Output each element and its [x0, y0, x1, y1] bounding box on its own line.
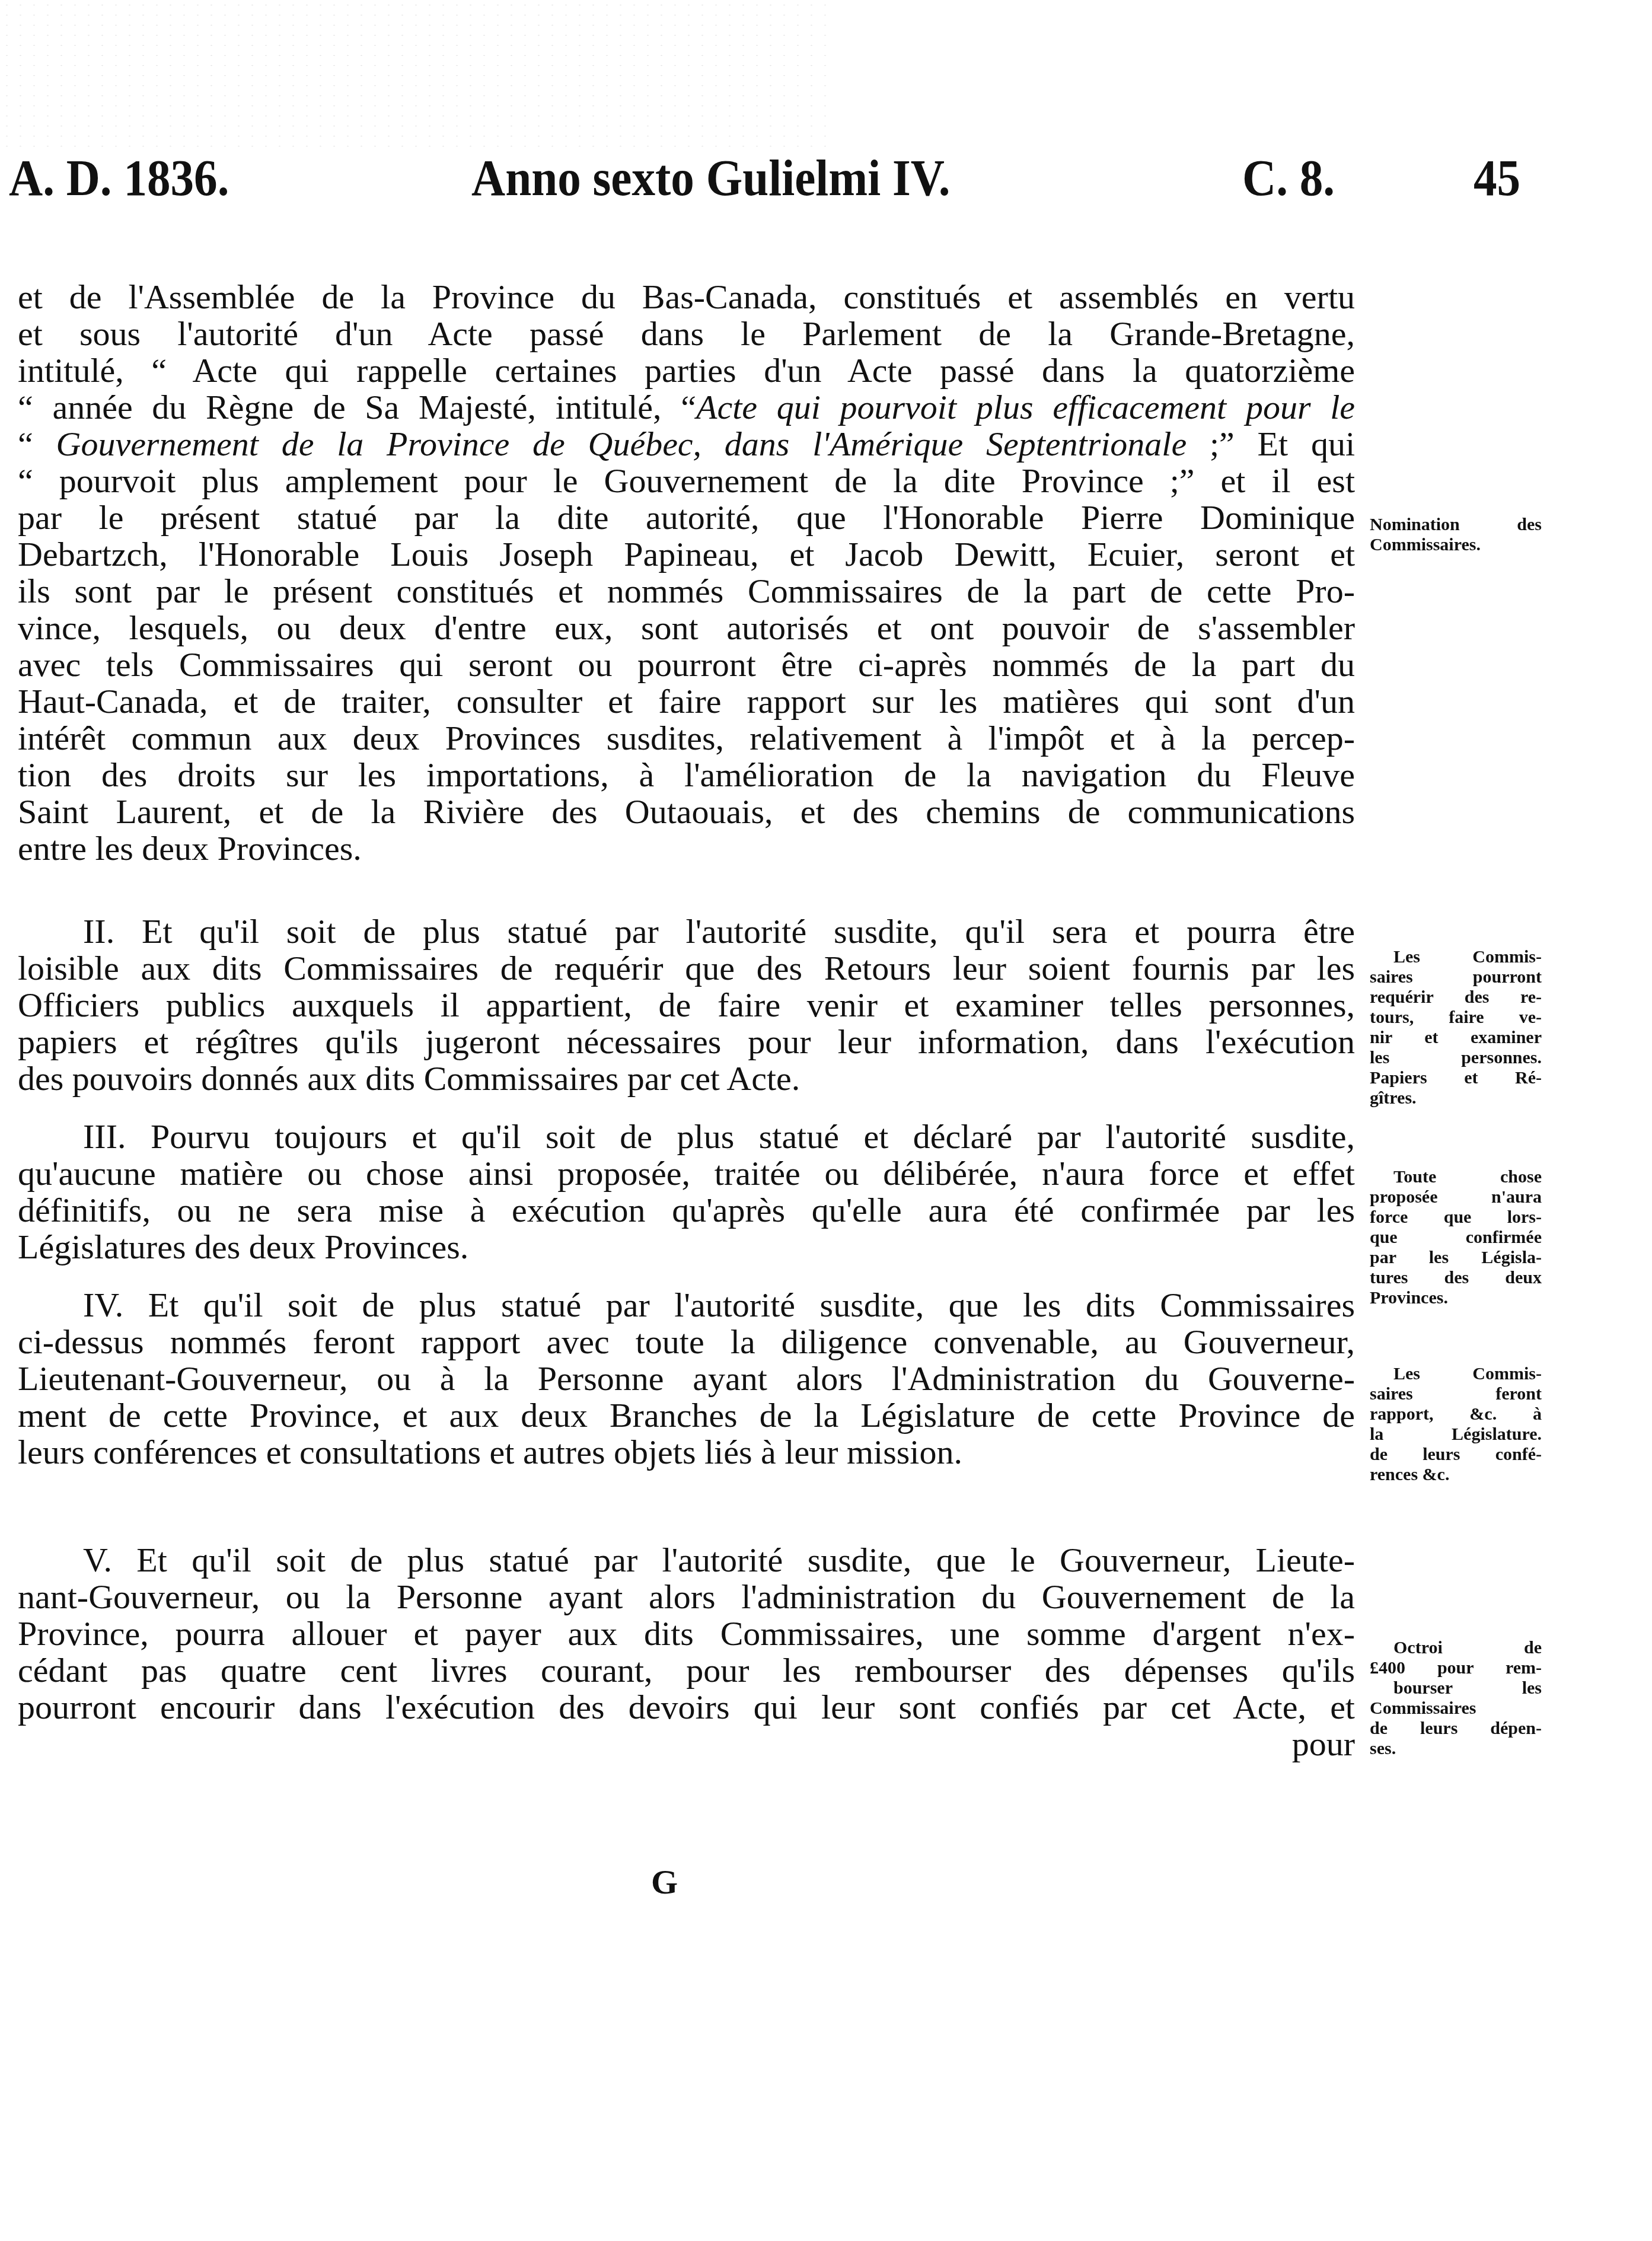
note-line: de leurs dépen-: [1370, 1719, 1542, 1739]
note-line: Commissaires: [1370, 1698, 1542, 1719]
header-chapter: C. 8.: [1242, 148, 1335, 208]
section-ii: II. Et qu'il soit de plus statué par l'a…: [18, 913, 1355, 1097]
note-line: par les Législa-: [1370, 1248, 1542, 1268]
margin-note-report: Les Commis- saires feront rapport, &c. à…: [1370, 1364, 1542, 1485]
note-line: Octroi de: [1370, 1638, 1542, 1658]
text-line: avec tels Commissaires qui seront ou pou…: [18, 646, 1355, 683]
note-line: de leurs confé-: [1370, 1445, 1542, 1465]
note-line: les personnes.: [1370, 1048, 1542, 1068]
note-line: saires pourront: [1370, 967, 1542, 987]
text-line: Législatures des deux Provinces.: [18, 1229, 1355, 1265]
note-line: rences &c.: [1370, 1465, 1542, 1485]
section-iii: III. Pourvu toujours et qu'il soit de pl…: [18, 1118, 1355, 1265]
text-line: entre les deux Provinces.: [18, 830, 1355, 867]
note-line: Toute chose: [1370, 1167, 1542, 1187]
catchword-container: pour: [18, 1726, 1355, 1762]
text-line: leurs conférences et consultations et au…: [18, 1434, 1355, 1471]
note-line: tours, faire ve-: [1370, 1008, 1542, 1028]
text-line: V. Et qu'il soit de plus statué par l'au…: [18, 1542, 1355, 1579]
margin-note-confirmation: Toute chose proposée n'aura force que lo…: [1370, 1167, 1542, 1308]
text-line: “ pourvoit plus amplement pour le Gouver…: [18, 463, 1355, 499]
note-line: force que lors-: [1370, 1207, 1542, 1228]
margin-note-grant: Octroi de £400 pour rem- bourser les Com…: [1370, 1638, 1542, 1759]
note-line: Nomination des: [1370, 515, 1542, 535]
scan-noise: [0, 0, 830, 154]
text-line: Officiers publics auxquels il appartient…: [18, 987, 1355, 1024]
text-line: papiers et régîtres qu'ils jugeront néce…: [18, 1024, 1355, 1060]
note-line: Commissaires.: [1370, 535, 1542, 555]
text-line: Haut-Canada, et de traiter, consulter et…: [18, 683, 1355, 720]
note-line: Papiers et Ré-: [1370, 1068, 1542, 1088]
section-iv: IV. Et qu'il soit de plus statué par l'a…: [18, 1287, 1355, 1471]
text-line: des pouvoirs donnés aux dits Commissaire…: [18, 1060, 1355, 1097]
text-line: cédant pas quatre cent livres courant, p…: [18, 1652, 1355, 1689]
note-line: que confirmée: [1370, 1228, 1542, 1248]
italic-act-title: Gouvernement de la Province de Québec, d…: [56, 425, 1187, 463]
text-line: Saint Laurent, et de la Rivière des Outa…: [18, 793, 1355, 830]
note-line: proposée n'aura: [1370, 1187, 1542, 1207]
note-line: Les Commis-: [1370, 947, 1542, 967]
text-line: pourront encourir dans l'exécution des d…: [18, 1689, 1355, 1726]
header-title: Anno sexto Gulielmi IV.: [471, 148, 950, 208]
note-line: tures des deux: [1370, 1268, 1542, 1288]
note-line: Provinces.: [1370, 1288, 1542, 1308]
text-line: Lieutenant-Gouverneur, ou à la Personne …: [18, 1360, 1355, 1397]
note-line: ses.: [1370, 1739, 1542, 1759]
text-line: vince, lesquels, ou deux d'entre eux, so…: [18, 610, 1355, 646]
text-line: tion des droits sur les importations, à …: [18, 757, 1355, 793]
note-line: requérir des re-: [1370, 987, 1542, 1008]
note-line: nir et examiner: [1370, 1028, 1542, 1048]
text-line: ment de cette Province, et aux deux Bran…: [18, 1397, 1355, 1434]
note-line: £400 pour rem-: [1370, 1658, 1542, 1678]
body-text: et de l'Assemblée de la Province du Bas-…: [18, 279, 1355, 1762]
text-line: ils sont par le présent constitués et no…: [18, 573, 1355, 610]
text-line: III. Pourvu toujours et qu'il soit de pl…: [18, 1118, 1355, 1155]
header-year: A. D. 1836.: [9, 148, 229, 208]
margin-note-nomination: Nomination des Commissaires.: [1370, 515, 1542, 555]
note-line: bourser les: [1370, 1678, 1542, 1698]
text-line: Debartzch, l'Honorable Louis Joseph Papi…: [18, 536, 1355, 573]
text-line: ci-dessus nommés feront rapport avec tou…: [18, 1324, 1355, 1360]
text-line: loisible aux dits Commissaires de requér…: [18, 950, 1355, 987]
signature-mark: G: [651, 1862, 678, 1902]
running-header: A. D. 1836. Anno sexto Gulielmi IV. C. 8…: [9, 148, 1527, 213]
text-line: et de l'Assemblée de la Province du Bas-…: [18, 279, 1355, 315]
note-line: la Législature.: [1370, 1424, 1542, 1445]
page-number: 45: [1474, 148, 1520, 208]
text-line: intitulé, “ Acte qui rappelle certaines …: [18, 352, 1355, 389]
margin-note-returns: Les Commis- saires pourront requérir des…: [1370, 947, 1542, 1108]
text-line: IV. Et qu'il soit de plus statué par l'a…: [18, 1287, 1355, 1324]
italic-act-title: Acte qui pourvoit plus efficacement pour…: [696, 388, 1355, 426]
note-line: saires feront: [1370, 1384, 1542, 1404]
section-v: V. Et qu'il soit de plus statué par l'au…: [18, 1542, 1355, 1726]
note-line: Les Commis-: [1370, 1364, 1542, 1384]
text-line: Province, pourra allouer et payer aux di…: [18, 1615, 1355, 1652]
text-line: “ Gouvernement de la Province de Québec,…: [18, 426, 1355, 463]
text-line: définitifs, ou ne sera mise à exécution …: [18, 1192, 1355, 1229]
paragraph-continuation: et de l'Assemblée de la Province du Bas-…: [18, 279, 1355, 867]
text-line: nant-Gouverneur, ou la Personne ayant al…: [18, 1579, 1355, 1615]
text-line: par le présent statué par la dite autori…: [18, 499, 1355, 536]
text-line: intérêt commun aux deux Provinces susdit…: [18, 720, 1355, 757]
text-line: qu'aucune matière ou chose ainsi proposé…: [18, 1155, 1355, 1192]
note-line: gîtres.: [1370, 1088, 1542, 1108]
catchword: pour: [1292, 1724, 1355, 1763]
text-line: “ année du Règne de Sa Majesté, intitulé…: [18, 389, 1355, 426]
text-line: II. Et qu'il soit de plus statué par l'a…: [18, 913, 1355, 950]
text-line: et sous l'autorité d'un Acte passé dans …: [18, 315, 1355, 352]
note-line: rapport, &c. à: [1370, 1404, 1542, 1424]
